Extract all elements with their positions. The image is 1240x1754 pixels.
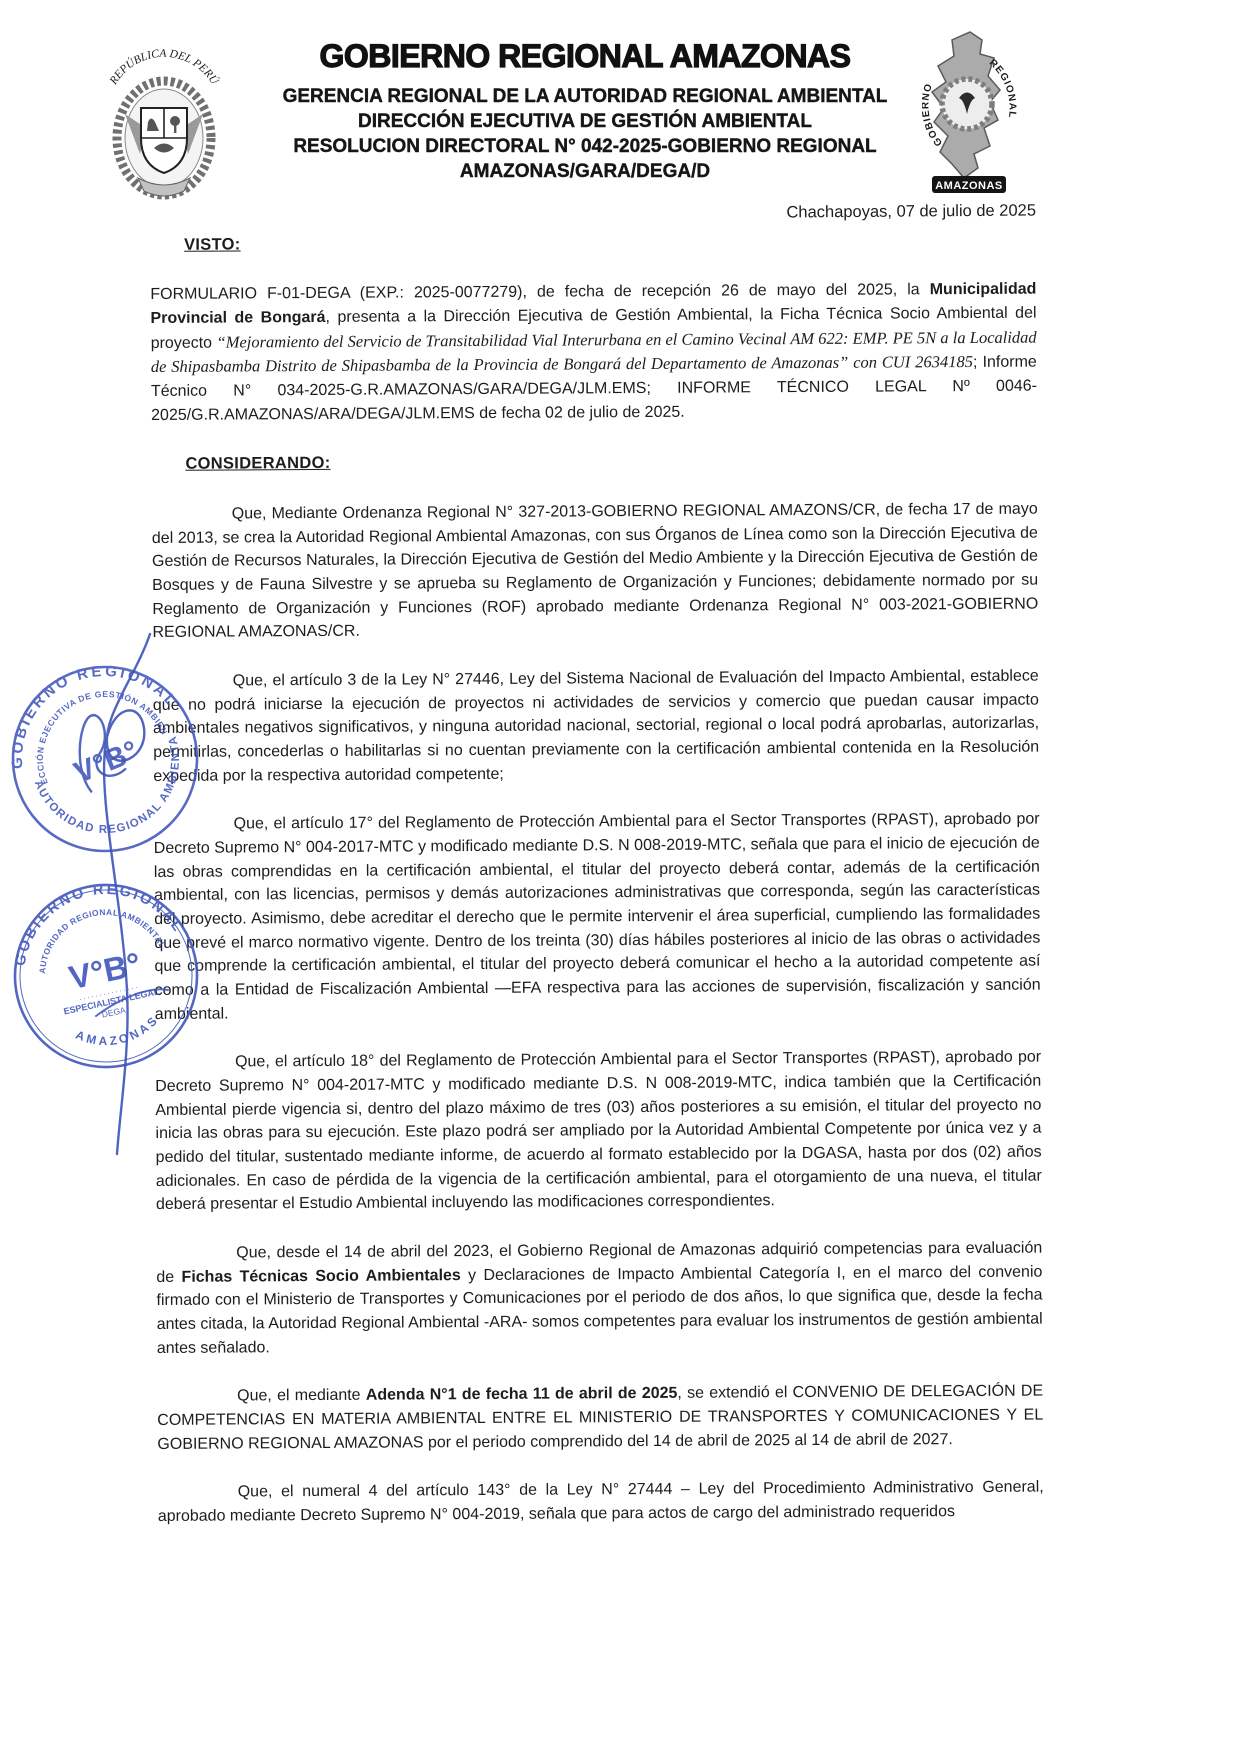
letterhead: GOBIERNO REGIONAL AMAZONAS GERENCIA REGI…: [235, 40, 935, 184]
paragraph: Que, el artículo 3 de la Ley N° 27446, L…: [153, 664, 1040, 788]
paragraph: Que, el artículo 17° del Reglamento de P…: [154, 808, 1041, 1026]
visto-paragraphs: FORMULARIO F-01-DEGA (EXP.: 2025-0077279…: [150, 278, 1037, 427]
considerando-heading: CONSIDERANDO:: [185, 451, 330, 476]
resolution-number-line2: AMAZONAS/GARA/DEGA/D: [235, 159, 935, 184]
org-title: GOBIERNO REGIONAL AMAZONAS: [235, 40, 935, 74]
logo-banner-text: AMAZONAS: [935, 180, 1003, 192]
amazonas-region-logo: GOBIERNO REGIONAL AMAZONAS: [922, 28, 1018, 198]
stamp1-signature: [63, 711, 128, 792]
svg-text:DIRECCIÓN EJECUTIVA DE GESTIÓN: DIRECCIÓN EJECUTIVA DE GESTIÓN AMBIENTAL: [0, 630, 170, 800]
stamp2-bottom-arc: AMAZONAS: [71, 1010, 165, 1056]
svg-text:AUTORIDAD REGIONAL AMBIENTAL: AUTORIDAD REGIONAL AMBIENTAL: [26, 895, 168, 977]
paragraph: Que, el artículo 18° del Reglamento de P…: [155, 1046, 1042, 1217]
stamp2-role: ESPECIALISTA LEGAL: [63, 986, 161, 1016]
stamp2-dots: ...............: [78, 980, 140, 1002]
org-subtitle-2: DIRECCIÓN EJECUTIVA DE GESTIÓN AMBIENTAL: [235, 109, 935, 134]
org-subtitle-1: GERENCIA REGIONAL DE LA AUTORIDAD REGION…: [235, 84, 935, 109]
stamp2-unit: DEGA: [101, 1005, 127, 1020]
visto-heading: VISTO:: [184, 232, 241, 257]
paragraph: FORMULARIO F-01-DEGA (EXP.: 2025-0077279…: [150, 278, 1037, 427]
considerando-paragraphs: Que, Mediante Ordenanza Regional N° 327-…: [152, 497, 1044, 1528]
resolution-number-line1: RESOLUCION DIRECTORAL N° 042-2025-GOBIER…: [235, 134, 935, 159]
place-date-line: Chachapoyas, 07 de julio de 2025: [150, 202, 1036, 228]
svg-text:AMAZONAS: AMAZONAS: [71, 1010, 165, 1056]
stamp1-inner-arc: DIRECCIÓN EJECUTIVA DE GESTIÓN AMBIENTAL: [0, 630, 170, 800]
paragraph: Que, el numeral 4 del artículo 143° de l…: [158, 1476, 1044, 1529]
paragraph: Que, Mediante Ordenanza Regional N° 327-…: [152, 497, 1039, 644]
paragraph: Que, el mediante Adenda N°1 de fecha 11 …: [157, 1380, 1043, 1456]
scanned-resolution-page: REPÚBLICA DEL PERÚ GOBIERNO REGIONAL AMA…: [0, 0, 1240, 1754]
stamp1-vobo: V°B°: [70, 735, 143, 790]
paragraph: Que, desde el 14 de abril del 2023, el G…: [156, 1237, 1043, 1361]
stamp2-vobo: V°B°: [66, 945, 144, 996]
document-body: VISTO: FORMULARIO F-01-DEGA (EXP.: 2025-…: [150, 228, 1044, 1554]
stamp2-inner-arc: AUTORIDAD REGIONAL AMBIENTAL: [26, 895, 168, 977]
tree-glyph: [170, 116, 180, 126]
peru-coat-of-arms: REPÚBLICA DEL PERÚ: [94, 32, 234, 212]
